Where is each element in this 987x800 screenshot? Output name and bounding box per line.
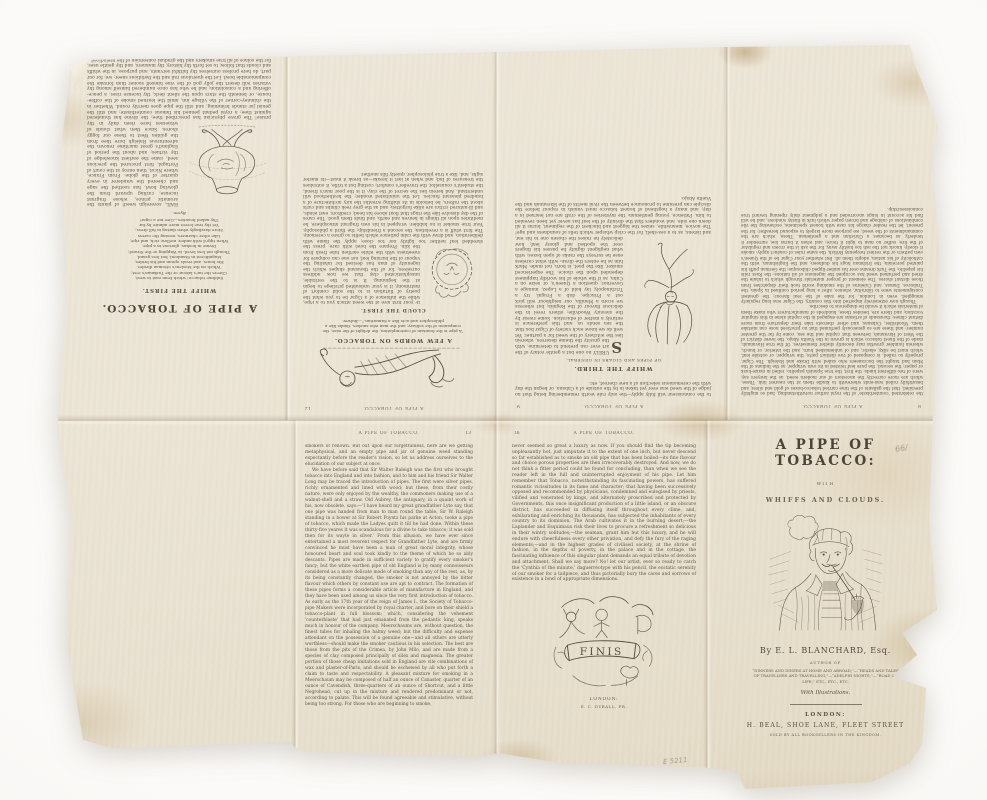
author-of-label: AUTHOR OF <box>725 661 926 665</box>
author-credits: “DINNERS AND DINERS AT HOME AND ABROAD;”… <box>725 668 926 684</box>
author-byline: By E. L. BLANCHARD, Esq. <box>725 646 926 655</box>
page-8-body: the celebrated 'counterblaste' of the ro… <box>741 207 923 396</box>
running-head: A PIPE OF TOBACCO. 9 <box>515 400 711 408</box>
running-title: A PIPE OF TOBACCO. <box>363 405 424 410</box>
title-with-word: WITH <box>725 482 926 487</box>
reclining-smoker-illustration <box>317 346 469 396</box>
cloud-vignette-illustration <box>425 244 479 302</box>
page-number: 9 <box>517 403 520 408</box>
smoker-portrait-illustration <box>767 511 885 639</box>
whiff-the-first-heading: WHIFF THE FIRST. <box>87 287 271 293</box>
page-number: 13 <box>465 431 471 436</box>
tobacco-jar-with-legs-illustration <box>183 122 271 204</box>
pencil-inscription: E 5211 <box>662 756 687 766</box>
illustrations-note: With Illustrations. <box>725 690 926 696</box>
printer-imprint-name: E. C. DYBALL, PR. <box>512 704 696 709</box>
credit-line-2: OF TRAVELLERS AND TRAVELLING;”—“ADELPHI … <box>725 673 926 678</box>
byron-epigraph-verse: Sublime tobacco! which from east to west… <box>87 217 271 281</box>
page-9: A PIPE OF TOBACCO. 9 to the connoisseur … <box>501 50 725 416</box>
page-13-body: smokers of renown. But out upon our forg… <box>305 444 473 708</box>
page-number: 8 <box>918 403 921 408</box>
page-9-content: A PIPE OF TOBACCO. 9 to the connoisseur … <box>501 50 725 416</box>
page-8-paragraph-1: the celebrated 'counterblaste' of the ro… <box>741 304 923 396</box>
title-page: A PIPE OF TOBACCO: WITH WHIFFS AND CLOUD… <box>713 424 938 786</box>
page-12: A PIPE OF TOBACCO. 12 <box>291 54 495 418</box>
page-16: A PIPE OF TOBACCO. 16 never seemed so gr… <box>503 424 705 769</box>
page-8-content: A PIPE OF TOBACCO. 8 the celebrated 'cou… <box>729 46 935 416</box>
running-title: A PIPE OF TOBACCO. <box>583 403 644 408</box>
running-title: A PIPE OF TOBACCO. <box>802 403 863 408</box>
page-1-content: A PIPE OF TOBACCO. WHIFF THE FIRST. Subl… <box>73 57 285 419</box>
bulwer-epigraph: “A pipe is the fountain of contemplation… <box>316 318 471 334</box>
book-half-title: A PIPE OF TOBACCO. <box>87 302 271 314</box>
chapter-heading: A FEW WORDS ON TOBACCO. <box>303 337 483 343</box>
printer-imprint-city: LONDON: <box>512 697 696 702</box>
running-head: A PIPE OF TOBACCO. 16 <box>512 431 696 439</box>
page-number: 16 <box>514 431 520 436</box>
photo-backdrop: A PIPE OF TOBACCO. WHIFF THE FIRST. Subl… <box>0 0 987 800</box>
plumed-figure-illustration <box>629 235 711 351</box>
title-page-rule <box>790 704 862 705</box>
running-head: A PIPE OF TOBACCO. 12 <box>303 402 483 410</box>
page-16-body: never seemed so great a luxury as now. I… <box>512 444 696 583</box>
publisher-address: H. BEAL, SHOE LANE, FLEET STREET <box>725 722 926 729</box>
page-13-paragraph-2: We have before said that Sir Walter Rale… <box>305 468 473 708</box>
ornate-initial-letter: S <box>609 341 623 354</box>
whiff-the-third-heading: WHIFF THE THIRD. <box>515 365 711 371</box>
finis-banner-text: FINIS <box>580 646 624 658</box>
verse-attribution: Byron. <box>87 211 271 216</box>
running-head: A PIPE OF TOBACCO. 13 <box>305 431 473 439</box>
page-16-content: A PIPE OF TOBACCO. 16 never seemed so gr… <box>503 424 705 769</box>
page-8: A PIPE OF TOBACCO. 8 the celebrated 'cou… <box>729 46 935 416</box>
bookseller-note: SOLD BY ALL BOOKSELLERS IN THE KINGDOM. <box>725 733 926 737</box>
running-head: A PIPE OF TOBACCO. 8 <box>741 400 923 408</box>
page-number: 12 <box>305 405 311 410</box>
chapter-subtitle: OF PIPES AND CIGARS IN GENERAL. <box>515 358 711 363</box>
page-8-paragraph-2: Though now extensively imported into thi… <box>741 207 923 304</box>
finis-tailpiece-illustration: FINIS <box>544 592 664 692</box>
title-page-content: A PIPE OF TOBACCO: WITH WHIFFS AND CLOUD… <box>713 424 938 786</box>
running-title: A PIPE OF TOBACCO. <box>359 431 420 436</box>
book-subtitle: WHIFFS AND CLOUDS. <box>725 496 926 504</box>
page-1-body: HAIL, sovereign weed! of plants the arom… <box>87 56 271 207</box>
running-title: A PIPE OF TOBACCO. <box>574 431 635 436</box>
page-12-content: A PIPE OF TOBACCO. 12 <box>291 54 495 418</box>
cloud-the-first-heading: CLOUD THE FIRST. <box>303 307 483 313</box>
sheet-shadow: A PIPE OF TOBACCO. WHIFF THE FIRST. Subl… <box>0 0 987 800</box>
page-9-body: S URELY no one but a gentle votary of th… <box>515 194 711 354</box>
credit-line-3: LIFE;” ETC., ETC., ETC. <box>725 679 926 684</box>
page-13-paragraph-1: smokers of renown. But out upon our forg… <box>305 444 473 468</box>
page-9-intro: to the connoisseur will fully apply—the … <box>515 379 711 396</box>
page-13: A PIPE OF TOBACCO. 13 smokers of renown.… <box>297 424 481 754</box>
page-1: A PIPE OF TOBACCO. WHIFF THE FIRST. Subl… <box>73 57 285 419</box>
page-12-body: IF your first love of the weed attach yo… <box>303 170 483 304</box>
page-13-content: A PIPE OF TOBACCO. 13 smokers of renown.… <box>297 424 481 754</box>
publisher-city: LONDON: <box>725 712 926 718</box>
printed-sheet: A PIPE OF TOBACCO. WHIFF THE FIRST. Subl… <box>0 0 987 800</box>
